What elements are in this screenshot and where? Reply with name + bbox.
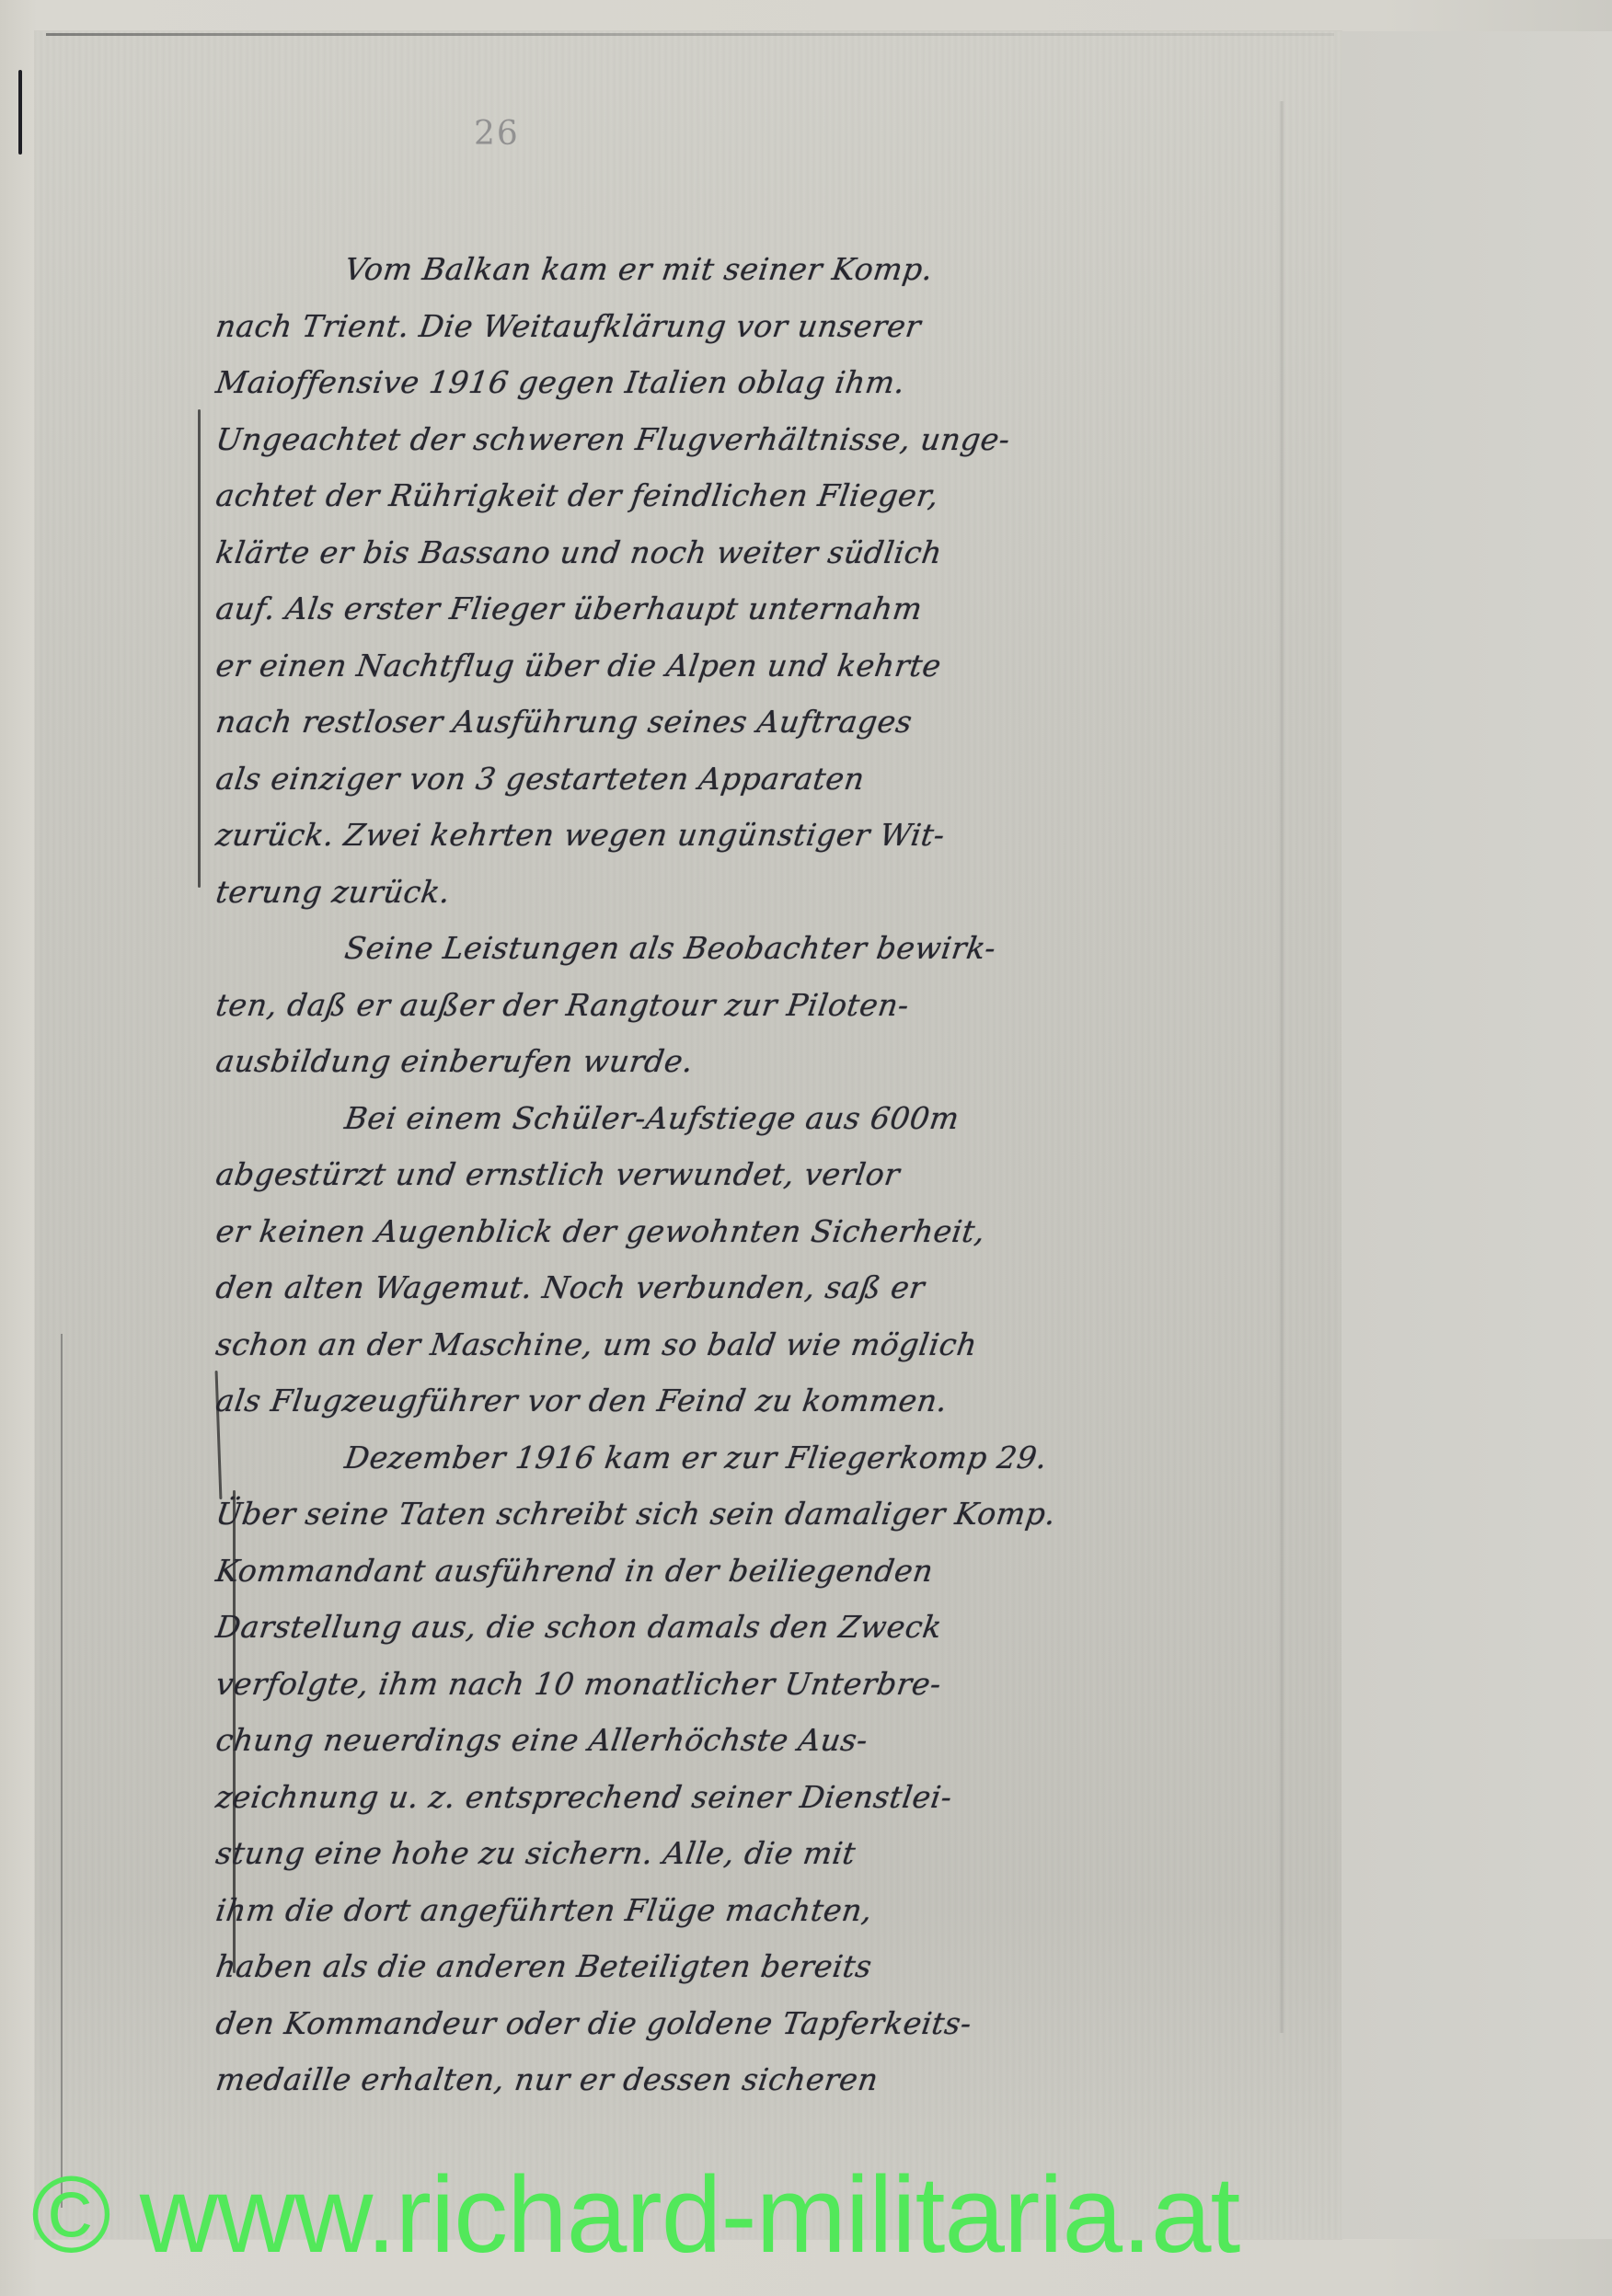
text-line: den Kommandeur oder die goldene Tapferke… [213, 1995, 1353, 2052]
text-line: medaille erhalten, nur er dessen sichere… [213, 2051, 1353, 2108]
text-line: Kommandant ausführend in der beiliegende… [213, 1543, 1353, 1600]
text-line: nach Trient. Die Weitaufklärung vor unse… [213, 298, 1353, 355]
text-line: den alten Wagemut. Noch verbunden, saß e… [213, 1259, 1353, 1316]
text-line: klärte er bis Bassano und noch weiter sü… [213, 524, 1353, 581]
text-line: als einziger von 3 gestarteten Apparaten [213, 751, 1353, 808]
text-line: Über seine Taten schreibt sich sein dama… [213, 1486, 1353, 1543]
text-line: nach restloser Ausführung seines Auftrag… [213, 694, 1353, 751]
text-line: haben als die anderen Beteiligten bereit… [213, 1938, 1353, 1995]
page-number: 26 [474, 115, 520, 153]
handwritten-text: Vom Balkan kam er mit seiner Komp. nach … [216, 241, 1348, 2108]
text-line: Maioffensive 1916 gegen Italien oblag ih… [213, 354, 1353, 411]
text-line: er keinen Augenblick der gewohnten Siche… [213, 1203, 1353, 1260]
text-line: Dezember 1916 kam er zur Fliegerkomp 29. [213, 1429, 1353, 1487]
left-edge-mark [18, 70, 22, 155]
text-line: Vom Balkan kam er mit seiner Komp. [213, 241, 1353, 298]
text-line: er einen Nachtflug über die Alpen und ke… [213, 637, 1353, 695]
text-line: schon an der Maschine, um so bald wie mö… [213, 1316, 1353, 1373]
text-line: ausbildung einberufen wurde. [213, 1033, 1353, 1090]
paper-right-margin [1341, 31, 1612, 2239]
margin-bracket-upper [198, 409, 201, 888]
copyright-watermark: © www.richard-militaria.at [31, 2151, 1595, 2279]
text-line: ihm die dort angeführten Flüge machten, [213, 1882, 1353, 1939]
outer-margin-line [61, 1334, 63, 2208]
top-edge-line [46, 33, 1334, 36]
text-line: achtet der Rührigkeit der feindlichen Fl… [213, 467, 1353, 524]
text-line: ten, daß er außer der Rangtour zur Pilot… [213, 977, 1353, 1034]
text-line: verfolgte, ihm nach 10 monatlicher Unter… [213, 1656, 1353, 1713]
text-line: Ungeachtet der schweren Flugverhältnisse… [213, 411, 1353, 468]
text-line: chung neuerdings eine Allerhöchste Aus- [213, 1712, 1353, 1769]
text-line: Bei einem Schüler-Aufstiege aus 600m [213, 1090, 1353, 1147]
text-line: abgestürzt und ernstlich verwundet, verl… [213, 1146, 1353, 1203]
text-line: zurück. Zwei kehrten wegen ungünstiger W… [213, 807, 1353, 864]
text-line: zeichnung u. z. entsprechend seiner Dien… [213, 1769, 1353, 1826]
text-line: als Flugzeugführer vor den Feind zu komm… [213, 1372, 1353, 1429]
text-line: Seine Leistungen als Beobachter bewirk- [213, 920, 1353, 977]
text-line: auf. Als erster Flieger überhaupt untern… [213, 580, 1353, 637]
text-line: stung eine hohe zu sichern. Alle, die mi… [213, 1825, 1353, 1882]
text-line: terung zurück. [213, 864, 1353, 921]
text-line: Darstellung aus, die schon damals den Zw… [213, 1599, 1353, 1656]
